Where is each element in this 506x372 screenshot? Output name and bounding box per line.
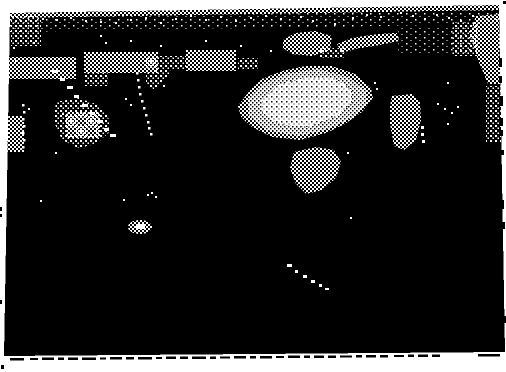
speck [15,60,17,62]
speck [85,20,87,22]
ink-mark [500,130,503,136]
speck [436,14,438,16]
speck [437,103,439,105]
speck [151,192,153,194]
speck [42,18,44,20]
speck [412,15,414,17]
left-diagonal-streak-dot [60,78,65,81]
bottom-dash [288,356,300,358]
right-corner-mid [452,22,478,56]
center-dotted-line-dot [136,72,139,75]
scanned-photo [0,0,506,372]
center-dotted-line-dot [147,121,150,124]
bottom-dash [110,357,122,359]
horizon-band-2b [84,72,108,86]
speck [163,85,165,87]
photo-background [4,5,505,356]
speck [100,35,102,37]
bottom-dash [432,355,440,357]
center-dotted-line-dot [148,127,151,130]
speck [56,19,58,21]
speck [447,123,449,125]
center-dotted-line-dot [143,107,146,110]
bottom-dash [220,356,230,358]
bottom-dash [314,356,324,358]
bottom-dash [394,355,404,357]
speck [130,40,132,42]
center-dotted-line-dot [138,86,141,89]
bottom-dash [234,356,246,358]
speck [270,50,272,52]
ink-mark [500,96,503,106]
left-diagonal-streak-dot [52,70,58,73]
bottom-dash [100,357,106,359]
speck [280,18,282,20]
bottom-dash [210,356,216,358]
speck [105,42,107,44]
right-edge-lower [486,86,501,142]
left-dotted-column-dot [22,146,25,149]
speck [376,88,378,90]
bottom-dash [328,355,336,357]
small-bright-core [136,224,145,229]
bright-strip-tail [320,48,344,58]
left-dotted-column-dot [22,132,25,135]
speck [235,20,237,22]
speck [380,16,382,18]
speck [70,17,72,19]
left-edge-cluster [2,116,24,152]
right-boulder-dots-dot [421,133,424,136]
bottom-dash [478,354,500,356]
center-dotted-line-dot [139,93,142,96]
ink-mark [0,207,2,211]
speck [160,45,162,47]
bottom-dash [138,357,152,359]
ink-mark [501,200,504,209]
speck [205,40,207,42]
left-diagonal-streak-dot [104,128,109,131]
right-boulder-dots-dot [422,140,425,143]
speck [155,196,157,198]
ink-mark [0,300,2,304]
ink-mark [500,118,503,126]
bottom-dash [380,355,388,357]
lower-diagonal-trail-dot [319,284,322,287]
speck [28,108,30,110]
speck [145,17,147,19]
left-diagonal-streak-dot [90,112,95,115]
horizon-band-5 [238,58,258,69]
speck [451,112,453,114]
ink-mark [1,365,4,369]
ink-mark [0,214,2,217]
speck [374,82,376,84]
bottom-dash [276,356,284,358]
left-dotted-column-dot [22,118,25,121]
bottom-dash [340,355,352,357]
left-diagonal-streak-dot [110,134,116,137]
bottom-dash [126,357,134,359]
speck [460,20,462,22]
speck [55,152,57,154]
speck [347,152,349,154]
left-dotted-column-dot [22,104,25,107]
speck [457,106,459,108]
horizon-band-4 [186,50,236,71]
speck [115,22,117,24]
speck [424,18,426,20]
speck [33,42,35,44]
left-diagonal-streak-dot [74,95,79,98]
speck [123,199,125,201]
speck [175,18,177,20]
left-diagonal-streak-dot [67,86,73,89]
bottom-dash [58,358,64,360]
left-cluster-core [66,112,100,138]
ink-mark [501,150,504,155]
lower-diagonal-trail-dot [295,270,298,273]
left-dotted-column-dot [23,139,26,142]
left-diagonal-streak-dot [82,104,88,107]
bottom-dash [10,358,24,360]
bottom-dash [156,357,162,359]
left-dotted-column-dot [23,125,26,128]
speck [40,200,42,202]
bottom-dash [250,356,256,358]
left-dotted-column-dot [23,111,26,114]
bottom-dash [180,357,188,359]
bottom-dash [366,355,376,357]
speck [13,47,15,49]
bottom-dash [408,355,414,357]
bottom-dash [356,355,362,357]
lower-diagonal-trail-dot [287,264,292,267]
speck [444,108,446,110]
bottom-dash [260,356,272,358]
speck [400,12,402,14]
center-dotted-line-dot [137,79,140,82]
speck [334,23,336,25]
ink-mark [501,336,504,344]
speck [265,15,267,17]
speck [147,194,149,196]
center-dotted-line-dot [150,133,153,136]
speck [160,22,162,24]
speck [130,19,132,21]
bottom-dash [304,356,310,358]
right-boulder-dots-dot [421,126,424,129]
speck [472,15,474,17]
speck [447,82,449,84]
bottom-dash [42,358,54,360]
top-left-cluster [11,16,41,46]
speck [312,20,314,22]
bottom-dash [30,358,38,360]
speck [125,98,127,100]
speck [350,217,352,219]
speck [250,17,252,19]
speck [352,17,354,19]
bottom-dash [82,357,96,359]
speck [100,21,102,23]
ink-mark [499,58,502,67]
speck [240,45,242,47]
speck [190,15,192,17]
left-diagonal-streak-dot [97,120,103,123]
ink-mark [499,76,502,83]
center-dotted-line-dot [145,114,148,117]
scanned-page [0,0,506,372]
speck [205,19,207,21]
speck [448,17,450,19]
ink-mark [502,222,505,229]
speck [62,113,64,115]
speck [220,16,222,18]
lower-diagonal-trail-dot [303,275,307,278]
lower-diagonal-trail-dot [311,280,315,283]
lower-diagonal-trail-dot [325,288,329,290]
speck [130,104,132,106]
bottom-dash [192,357,206,359]
bottom-dash [68,358,78,360]
center-dotted-line-dot [141,100,144,103]
bottom-dash [418,355,428,357]
speck [366,14,368,16]
speck [300,16,302,18]
bottom-dash [166,357,176,359]
